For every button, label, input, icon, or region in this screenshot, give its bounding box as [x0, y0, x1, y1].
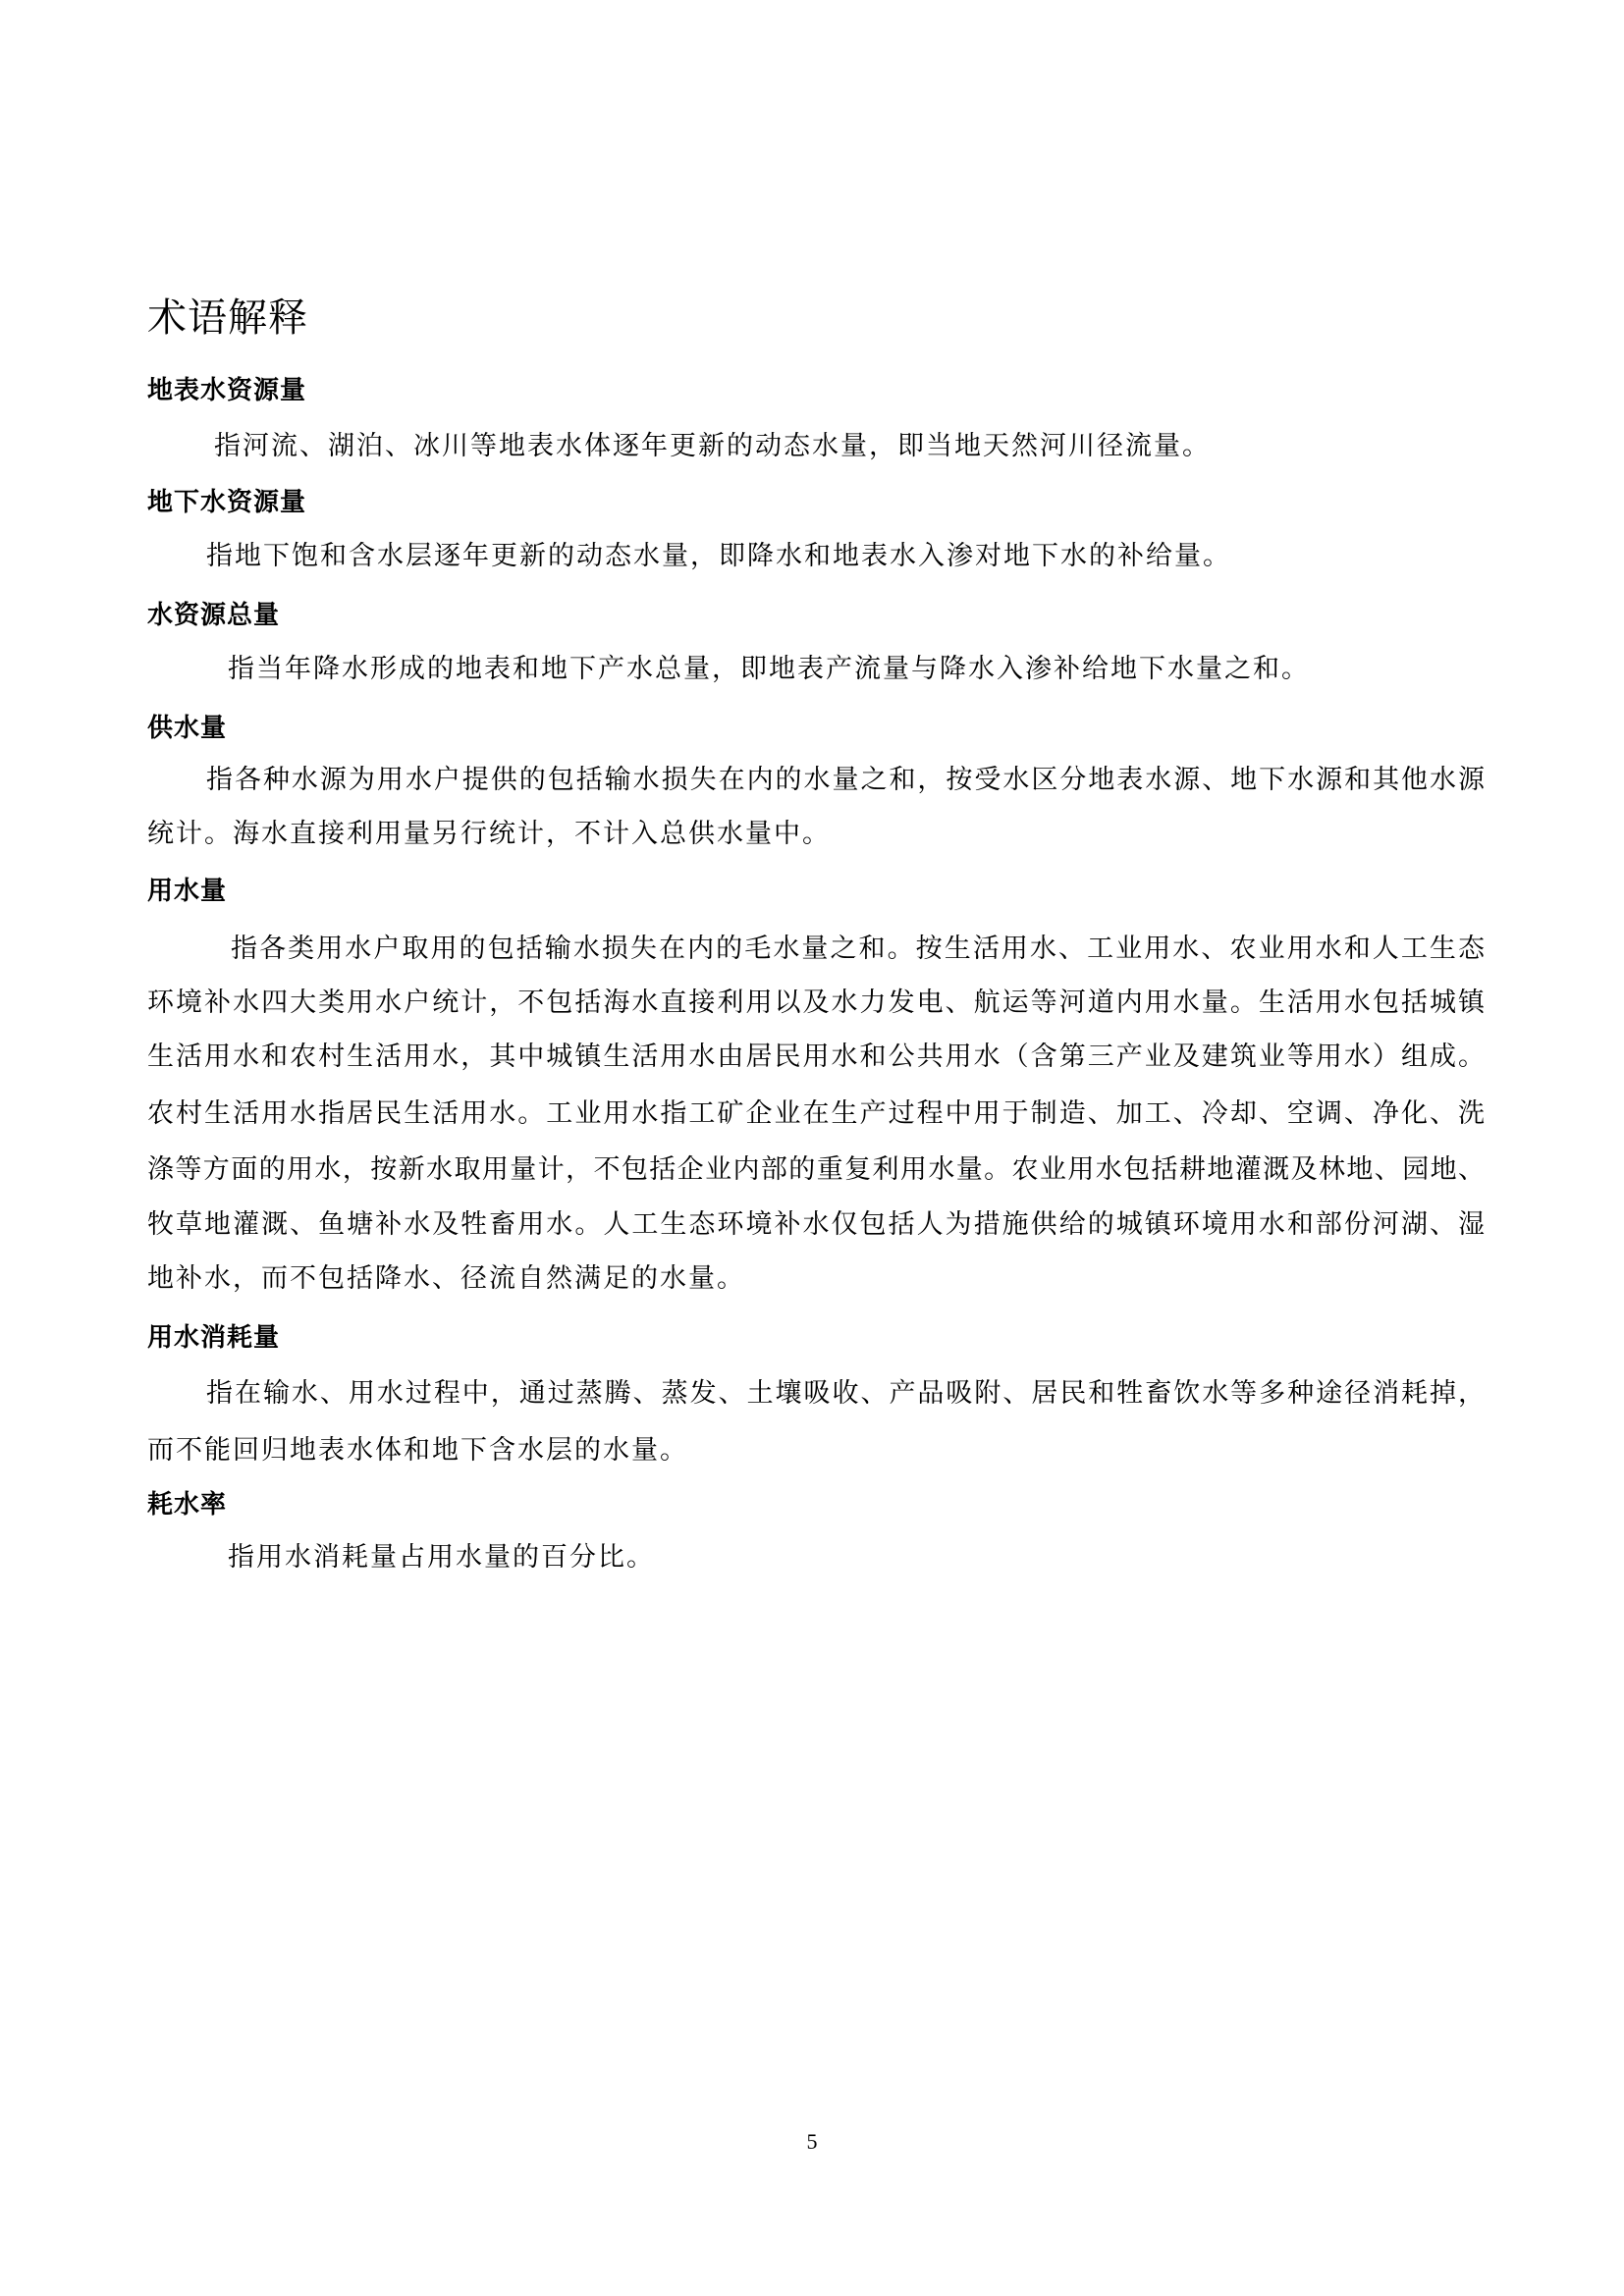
term-definition-line: 而不能回归地表水体和地下含水层的水量。 [147, 1433, 1485, 1468]
term-heading-water-consumption: 用水消耗量 [147, 1321, 280, 1355]
term-definition-line: 农村生活用水指居民生活用水。工业用水指工矿企业在生产过程中用于制造、加工、冷却、… [147, 1096, 1485, 1132]
document-page: 术语解释 地表水资源量 指河流、湖泊、冰川等地表水体逐年更新的动态水量，即当地天… [0, 0, 1624, 2296]
term-definition-line: 指在输水、用水过程中，通过蒸腾、蒸发、土壤吸收、产品吸附、居民和牲畜饮水等多种途… [206, 1376, 1485, 1412]
term-heading-water-use: 用水量 [147, 875, 227, 908]
term-definition-line: 环境补水四大类用水户统计，不包括海水直接利用以及水力发电、航运等河道内用水量。生… [147, 986, 1485, 1021]
term-definition-line: 指用水消耗量占用水量的百分比。 [228, 1540, 1565, 1575]
term-definition-line: 涤等方面的用水，按新水取用量计，不包括企业内部的重复利用水量。农业用水包括耕地灌… [147, 1152, 1485, 1188]
term-definition-line: 地补水，而不包括降水、径流自然满足的水量。 [147, 1261, 1485, 1297]
term-definition-line: 生活用水和农村生活用水，其中城镇生活用水由居民用水和公共用水（含第三产业及建筑业… [147, 1040, 1485, 1075]
term-heading-water-supply: 供水量 [147, 712, 227, 745]
term-definition-line: 指各类用水户取用的包括输水损失在内的毛水量之和。按生活用水、工业用水、农业用水和… [231, 932, 1485, 967]
term-definition-line: 指地下饱和含水层逐年更新的动态水量，即降水和地表水入渗对地下水的补给量。 [206, 539, 1543, 574]
term-definition-line: 指当年降水形成的地表和地下产水总量，即地表产流量与降水入渗补给地下水量之和。 [228, 652, 1565, 687]
term-definition-line: 牧草地灌溉、鱼塘补水及牲畜用水。人工生态环境补水仅包括人为措施供给的城镇环境用水… [147, 1207, 1485, 1243]
term-definition-line: 统计。海水直接利用量另行统计，不计入总供水量中。 [147, 817, 1485, 852]
term-definition-line: 指河流、湖泊、冰川等地表水体逐年更新的动态水量，即当地天然河川径流量。 [214, 429, 1551, 464]
term-heading-groundwater: 地下水资源量 [147, 486, 306, 519]
page-number: 5 [0, 2128, 1624, 2156]
term-definition-line: 指各种水源为用水户提供的包括输水损失在内的水量之和，按受水区分地表水源、地下水源… [206, 763, 1485, 798]
term-heading-consumption-rate: 耗水率 [147, 1488, 227, 1522]
page-title: 术语解释 [147, 294, 308, 342]
term-heading-surface-water: 地表水资源量 [147, 374, 306, 407]
term-heading-total-water: 水资源总量 [147, 599, 280, 632]
